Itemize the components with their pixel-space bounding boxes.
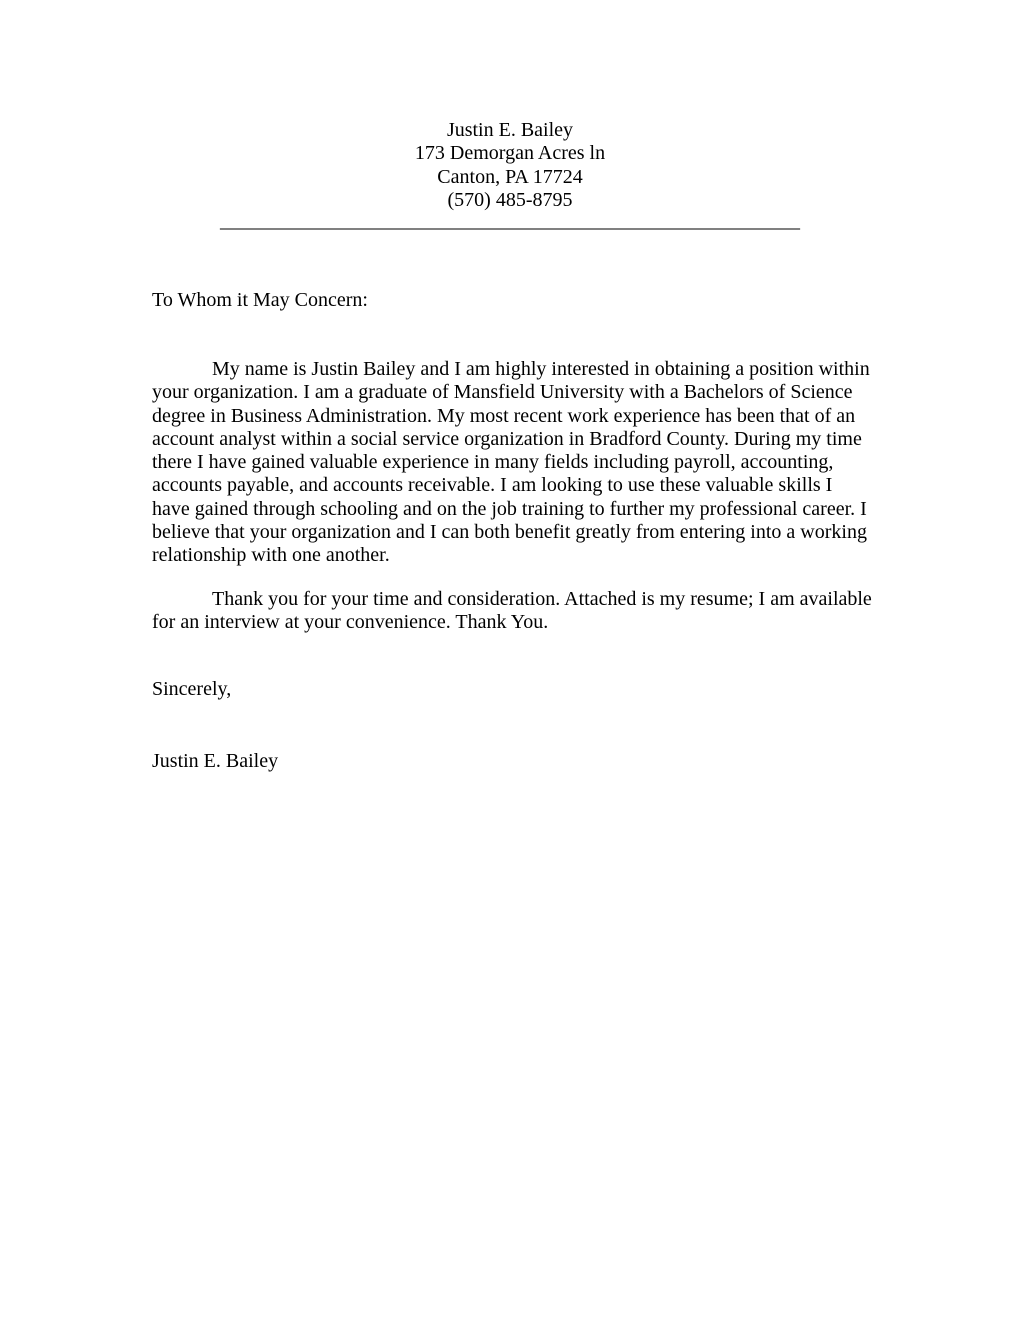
letterhead-address-city: Canton, PA 17724 xyxy=(0,166,1020,189)
letterhead-phone: (570) 485-8795 xyxy=(0,189,1020,212)
letter-page: Justin E. Bailey 173 Demorgan Acres ln C… xyxy=(0,0,1020,1320)
letterhead: Justin E. Bailey 173 Demorgan Acres ln C… xyxy=(0,119,1020,212)
letterhead-name: Justin E. Bailey xyxy=(0,119,1020,142)
signature-name: Justin E. Bailey xyxy=(152,750,872,773)
salutation: To Whom it May Concern: xyxy=(152,289,872,312)
body-paragraph-2: Thank you for your time and consideratio… xyxy=(152,588,872,635)
letterhead-address-street: 173 Demorgan Acres ln xyxy=(0,142,1020,165)
letterhead-divider: ________________________________________… xyxy=(0,210,1020,233)
body-paragraph-1: My name is Justin Bailey and I am highly… xyxy=(152,358,872,568)
valediction: Sincerely, xyxy=(152,678,872,701)
